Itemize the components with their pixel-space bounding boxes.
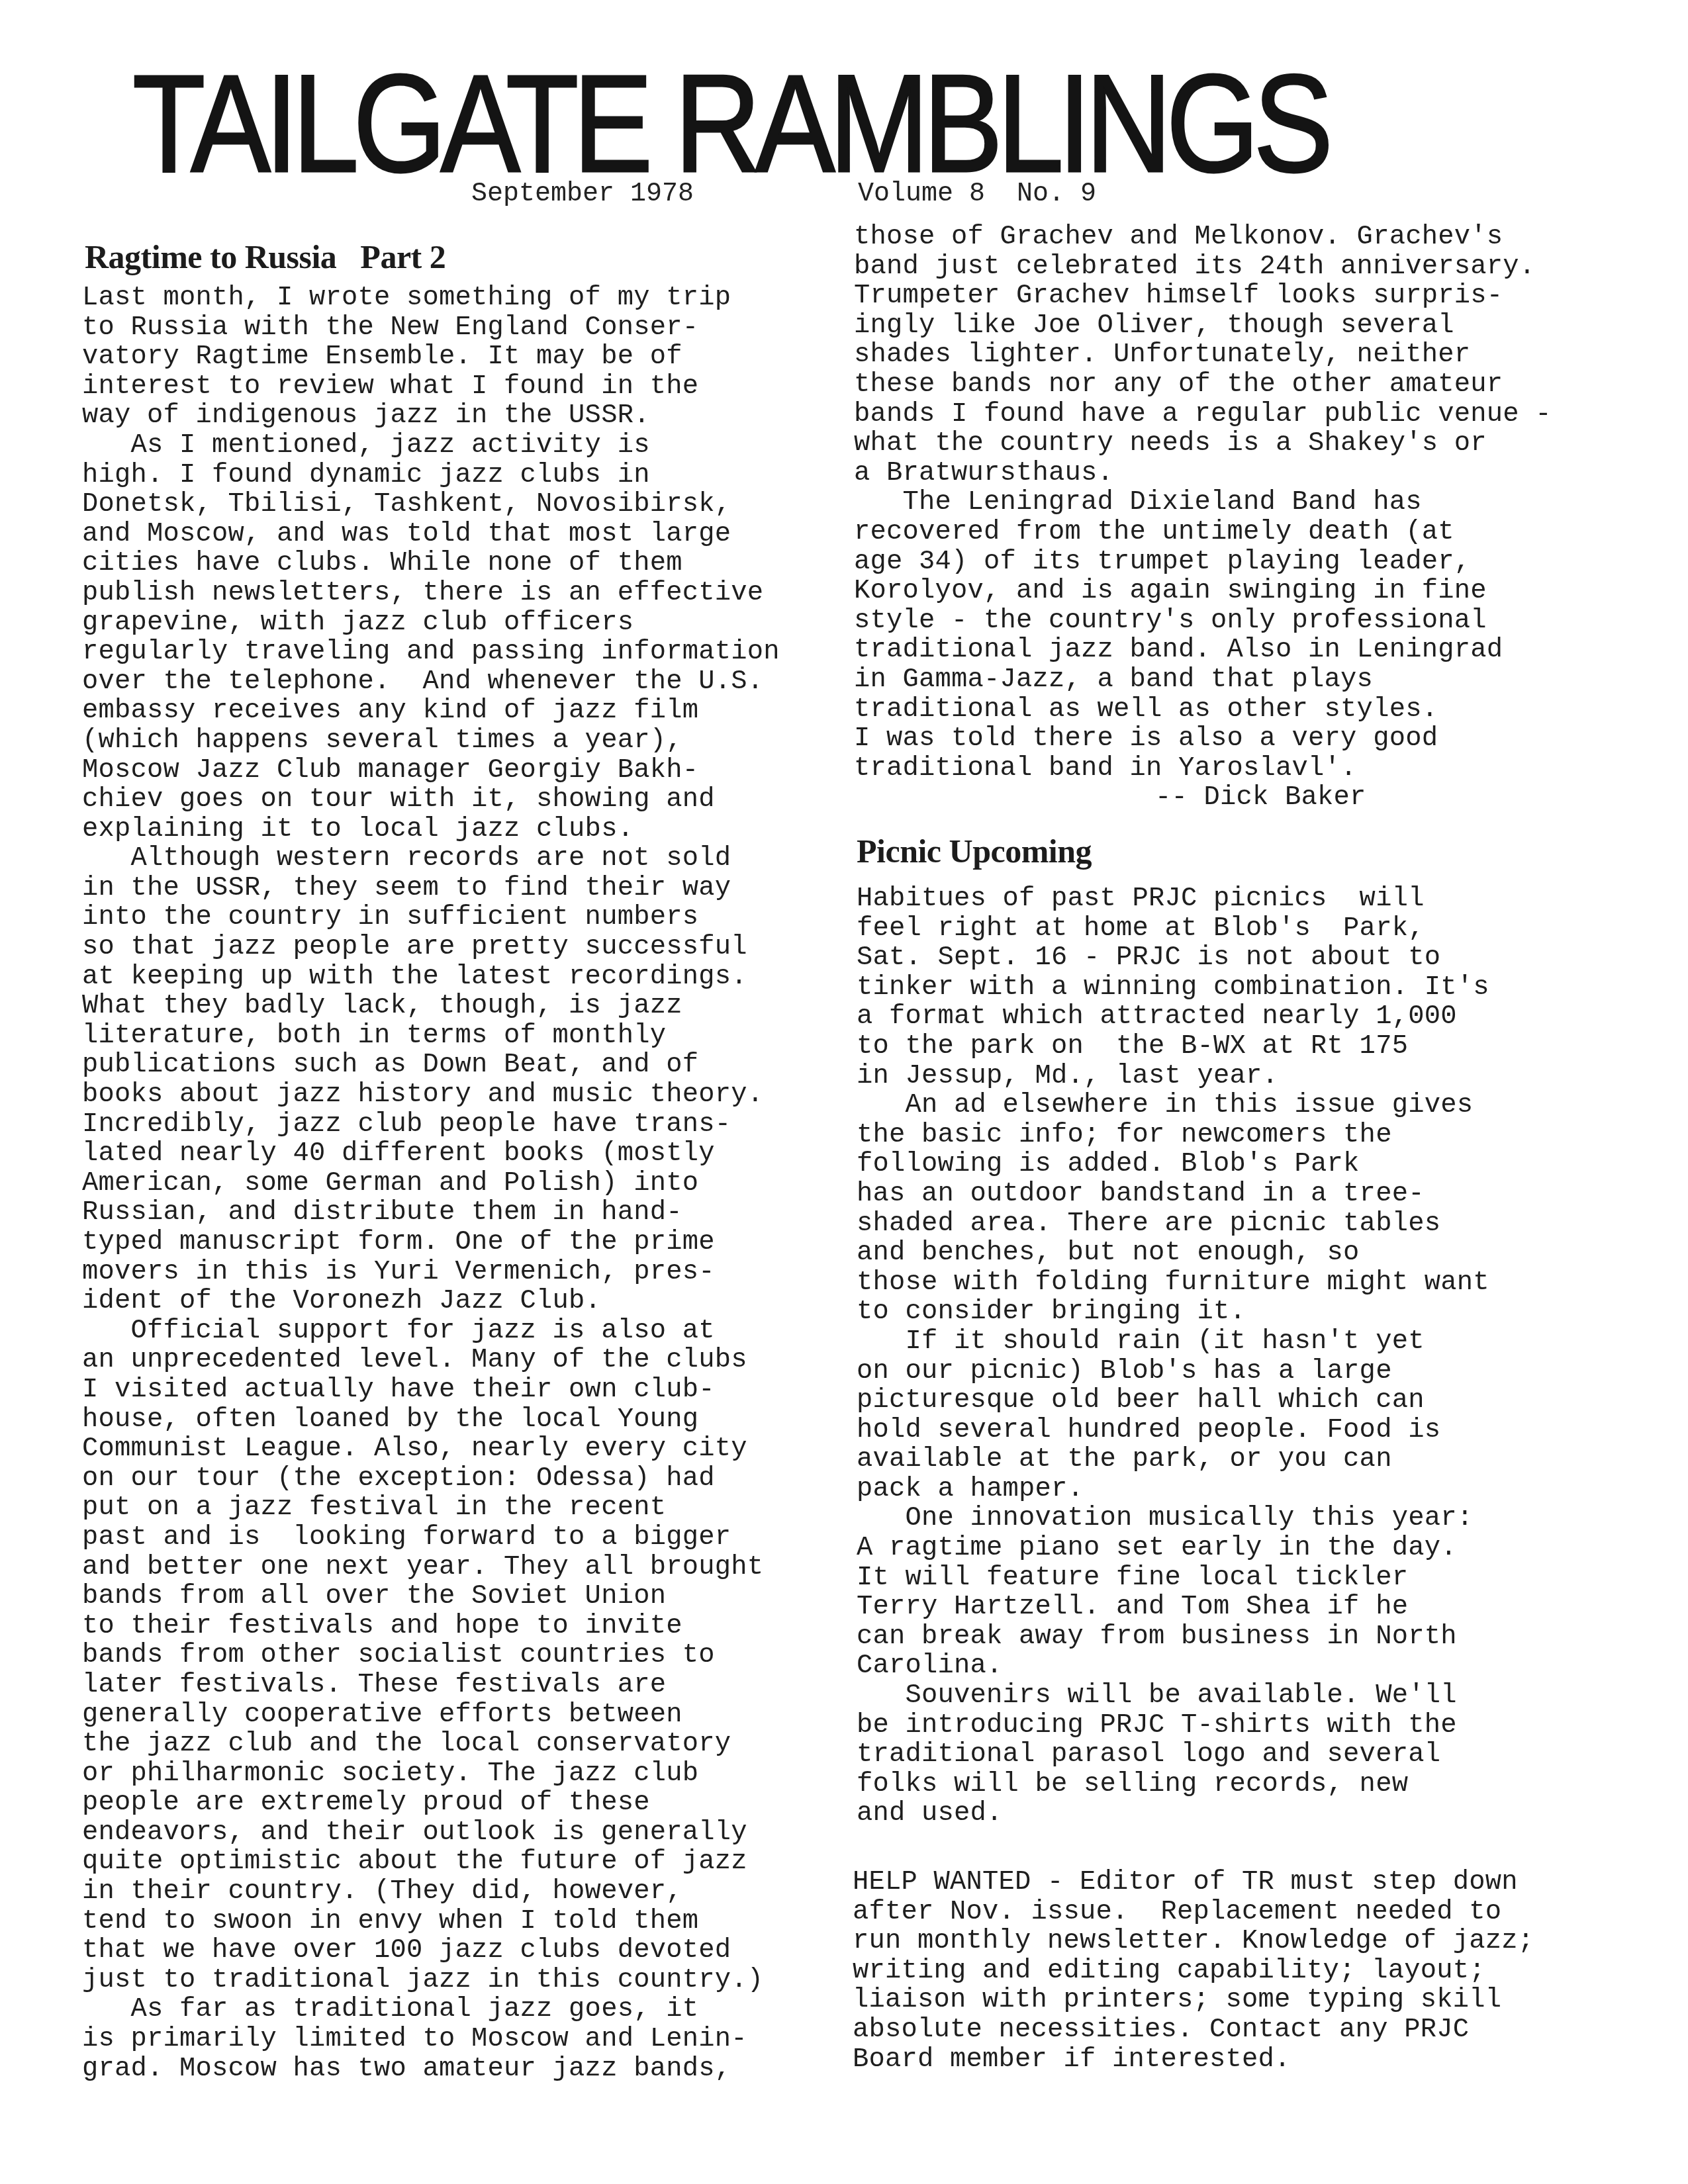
text-line: Trumpeter Grachev himself looks surpris- (854, 281, 1552, 311)
text-line: movers in this is Yuri Vermenich, pres- (82, 1257, 780, 1287)
text-line: and benches, but not enough, so (857, 1238, 1489, 1268)
article-body-ragtime-right: those of Grachev and Melkonov. Grachev's… (854, 222, 1552, 783)
text-line: Donetsk, Tbilisi, Tashkent, Novosibirsk, (82, 490, 780, 520)
text-line: endeavors, and their outlook is generall… (82, 1818, 780, 1848)
article-body-ragtime-left: Last month, I wrote something of my trip… (82, 283, 780, 2083)
text-line: and Moscow, and was told that most large (82, 520, 780, 549)
text-line: picturesque old beer hall which can (857, 1386, 1489, 1416)
text-line: Board member if interested. (853, 2045, 1534, 2075)
text-line: following is added. Blob's Park (857, 1150, 1489, 1179)
text-line: cities have clubs. While none of them (82, 549, 780, 578)
text-line: run monthly newsletter. Knowledge of jaz… (853, 1927, 1534, 1956)
text-line: American, some German and Polish) into (82, 1169, 780, 1199)
text-line: typed manuscript form. One of the prime (82, 1228, 780, 1257)
text-line: style - the country's only professional (854, 606, 1552, 636)
text-line: traditional jazz band. Also in Leningrad (854, 635, 1552, 665)
text-line: shaded area. There are picnic tables (857, 1209, 1489, 1239)
text-line: tinker with a winning combination. It's (857, 973, 1489, 1003)
text-line: be introducing PRJC T-shirts with the (857, 1711, 1489, 1741)
text-line: a Bratwursthaus. (854, 459, 1552, 488)
text-line: those with folding furniture might want (857, 1268, 1489, 1298)
text-line: As I mentioned, jazz activity is (82, 431, 780, 461)
text-line: Terry Hartzell. and Tom Shea if he (857, 1592, 1489, 1622)
text-line: to Russia with the New England Conser- (82, 313, 780, 343)
text-line: to their festivals and hope to invite (82, 1612, 780, 1641)
text-line: band just celebrated its 24th anniversar… (854, 252, 1552, 282)
text-line: the basic info; for newcomers the (857, 1120, 1489, 1150)
text-line: liaison with printers; some typing skill (853, 1985, 1534, 2015)
text-line: Moscow Jazz Club manager Georgiy Bakh- (82, 756, 780, 786)
text-line: what the country needs is a Shakey's or (854, 429, 1552, 459)
help-wanted-notice: HELP WANTED - Editor of TR must step dow… (853, 1868, 1534, 2074)
text-line: after Nov. issue. Replacement needed to (853, 1897, 1534, 1927)
text-line: past and is looking forward to a bigger (82, 1523, 780, 1553)
text-line: is primarily limited to Moscow and Lenin… (82, 2025, 780, 2054)
text-line: A ragtime piano set early in the day. (857, 1533, 1489, 1563)
text-line: way of indigenous jazz in the USSR. (82, 401, 780, 431)
text-line: books about jazz history and music theor… (82, 1080, 780, 1110)
text-line: at keeping up with the latest recordings… (82, 962, 780, 992)
article-heading-picnic: Picnic Upcoming (857, 833, 1092, 870)
text-line: to consider bringing it. (857, 1297, 1489, 1327)
newsletter-title: TAILGATE RAMBLINGS (132, 61, 1350, 187)
text-line: ingly like Joe Oliver, though several (854, 311, 1552, 341)
text-line: regularly traveling and passing informat… (82, 637, 780, 667)
text-line: publications such as Down Beat, and of (82, 1050, 780, 1080)
text-line: quite optimistic about the future of jaz… (82, 1847, 780, 1877)
text-line: put on a jazz festival in the recent (82, 1493, 780, 1523)
text-line: in their country. (They did, however, (82, 1877, 780, 1907)
text-line: absolute necessities. Contact any PRJC (853, 2015, 1534, 2045)
text-line: or philharmonic society. The jazz club (82, 1759, 780, 1789)
text-line: Although western records are not sold (82, 844, 780, 874)
text-line: If it should rain (it hasn't yet (857, 1327, 1489, 1357)
text-line: folks will be selling records, new (857, 1770, 1489, 1799)
text-line: One innovation musically this year: (857, 1504, 1489, 1533)
text-line: It will feature fine local tickler (857, 1563, 1489, 1593)
text-line: in the USSR, they seem to find their way (82, 874, 780, 903)
text-line: I was told there is also a very good (854, 724, 1552, 754)
text-line: in Jessup, Md., last year. (857, 1062, 1489, 1091)
text-line: Korolyov, and is again swinging in fine (854, 576, 1552, 606)
text-line: Sat. Sept. 16 - PRJC is not about to (857, 943, 1489, 973)
text-line: embassy receives any kind of jazz film (82, 696, 780, 726)
text-line: traditional parasol logo and several (857, 1740, 1489, 1770)
article-heading-ragtime: Ragtime to Russia Part 2 (85, 238, 445, 275)
text-line: explaining it to local jazz clubs. (82, 815, 780, 844)
text-line: and used. (857, 1799, 1489, 1829)
text-line: these bands nor any of the other amateur (854, 370, 1552, 400)
text-line: in Gamma-Jazz, a band that plays (854, 665, 1552, 695)
text-line: bands from all over the Soviet Union (82, 1582, 780, 1612)
text-line: vatory Ragtime Ensemble. It may be of (82, 342, 780, 372)
text-line: house, often loaned by the local Young (82, 1405, 780, 1435)
text-line: available at the park, or you can (857, 1445, 1489, 1475)
text-line: (which happens several times a year), (82, 726, 780, 756)
text-line: bands from other socialist countries to (82, 1641, 780, 1670)
text-line: tend to swoon in envy when I told them (82, 1907, 780, 1936)
text-line: so that jazz people are pretty successfu… (82, 933, 780, 962)
text-line: over the telephone. And whenever the U.S… (82, 667, 780, 697)
text-line: high. I found dynamic jazz clubs in (82, 461, 780, 490)
text-line: to the park on the B-WX at Rt 175 (857, 1032, 1489, 1062)
article-body-picnic: Habitues of past PRJC picnics willfeel r… (857, 884, 1489, 1829)
text-line: writing and editing capability; layout; (853, 1956, 1534, 1986)
text-line: Russian, and distribute them in hand- (82, 1198, 780, 1228)
text-line: that we have over 100 jazz clubs devoted (82, 1936, 780, 1966)
text-line: The Leningrad Dixieland Band has (854, 488, 1552, 518)
text-line: Carolina. (857, 1651, 1489, 1681)
text-line: hold several hundred people. Food is (857, 1416, 1489, 1445)
text-line: I visited actually have their own club- (82, 1375, 780, 1405)
text-line: publish newsletters, there is an effecti… (82, 578, 780, 608)
text-line: people are extremely proud of these (82, 1788, 780, 1818)
text-line: grad. Moscow has two amateur jazz bands, (82, 2054, 780, 2084)
text-line: literature, both in terms of monthly (82, 1021, 780, 1051)
text-line: traditional band in Yaroslavl'. (854, 754, 1552, 784)
text-line: As far as traditional jazz goes, it (82, 1995, 780, 2025)
text-line: bands I found have a regular public venu… (854, 400, 1552, 430)
text-line: interest to review what I found in the (82, 372, 780, 402)
text-line: age 34) of its trumpet playing leader, (854, 547, 1552, 577)
text-line: ident of the Voronezh Jazz Club. (82, 1287, 780, 1316)
text-line: feel right at home at Blob's Park, (857, 914, 1489, 944)
text-line: on our picnic) Blob's has a large (857, 1357, 1489, 1387)
text-line: Last month, I wrote something of my trip (82, 283, 780, 313)
issue-date: September 1978 (471, 180, 694, 209)
text-line: Communist League. Also, nearly every cit… (82, 1434, 780, 1464)
text-line: An ad elsewhere in this issue gives (857, 1091, 1489, 1120)
text-line: Habitues of past PRJC picnics will (857, 884, 1489, 914)
text-line: recovered from the untimely death (at (854, 518, 1552, 547)
byline: -- Dick Baker (1155, 783, 1366, 813)
text-line: pack a hamper. (857, 1475, 1489, 1504)
issue-volume: Volume 8 No. 9 (858, 180, 1096, 209)
text-line: can break away from business in North (857, 1622, 1489, 1652)
text-line: shades lighter. Unfortunately, neither (854, 340, 1552, 370)
text-line: and better one next year. They all broug… (82, 1553, 780, 1582)
text-line: Official support for jazz is also at (82, 1316, 780, 1346)
text-line: generally cooperative efforts between (82, 1700, 780, 1730)
text-line: HELP WANTED - Editor of TR must step dow… (853, 1868, 1534, 1897)
text-line: Souvenirs will be available. We'll (857, 1681, 1489, 1711)
text-line: just to traditional jazz in this country… (82, 1966, 780, 1995)
text-line: Incredibly, jazz club people have trans- (82, 1110, 780, 1140)
text-line: a format which attracted nearly 1,000 (857, 1002, 1489, 1032)
text-line: those of Grachev and Melkonov. Grachev's (854, 222, 1552, 252)
text-line: an unprecedented level. Many of the club… (82, 1345, 780, 1375)
text-line: What they badly lack, though, is jazz (82, 991, 780, 1021)
text-line: into the country in sufficient numbers (82, 903, 780, 933)
text-line: later festivals. These festivals are (82, 1670, 780, 1700)
article-byline: -- Dick Baker (1155, 783, 1366, 813)
text-line: the jazz club and the local conservatory (82, 1729, 780, 1759)
text-line: on our tour (the exception: Odessa) had (82, 1464, 780, 1494)
text-line: grapevine, with jazz club officers (82, 608, 780, 638)
text-line: has an outdoor bandstand in a tree- (857, 1179, 1489, 1209)
text-line: traditional as well as other styles. (854, 695, 1552, 725)
text-line: lated nearly 40 different books (mostly (82, 1139, 780, 1169)
text-line: chiev goes on tour with it, showing and (82, 785, 780, 815)
